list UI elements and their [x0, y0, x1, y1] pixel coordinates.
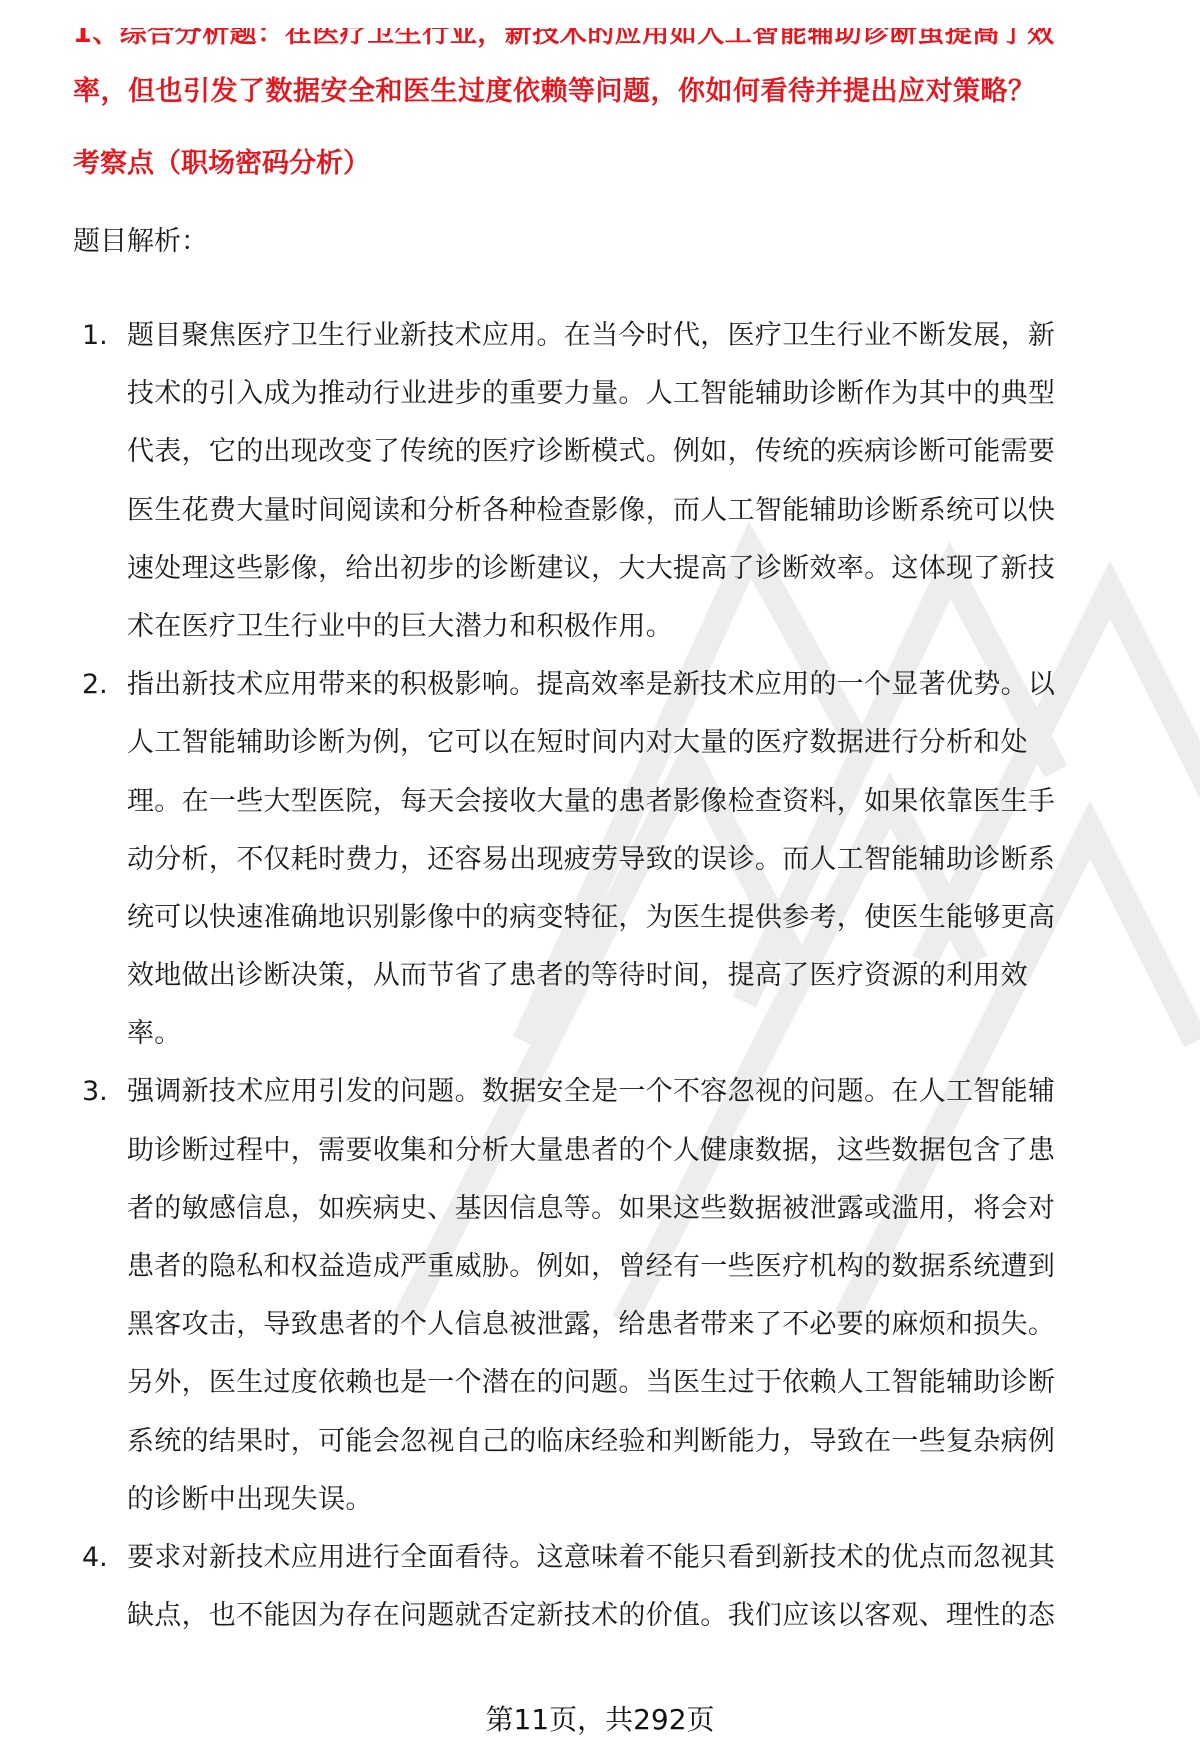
- page-footer: 第11页，共292页: [0, 1700, 1200, 1740]
- text-line: 题目聚焦医疗卫生行业新技术应用。在当今时代，医疗卫生行业不断发展，新: [127, 307, 1142, 365]
- text-line: 速处理这些影像，给出初步的诊断建议，大大提高了诊断效率。这体现了新技: [127, 540, 1142, 598]
- text-line: 黑客攻击，导致患者的个人信息被泄露，给患者带来了不必要的麻烦和损失。: [127, 1296, 1142, 1354]
- text-line: 系统的结果时，可能会忽视自己的临床经验和判断能力，导致在一些复杂病例: [127, 1413, 1142, 1471]
- list-item-number: 1.: [82, 307, 108, 365]
- text-line: 指出新技术应用带来的积极影响。提高效率是新技术应用的一个显著优势。以: [127, 656, 1142, 714]
- text-line: 的诊断中出现失误。: [127, 1471, 1142, 1529]
- text-line: 技术的引入成为推动行业进步的重要力量。人工智能辅助诊断作为其中的典型: [127, 365, 1142, 423]
- question-title-line-2: 率，但也引发了数据安全和医生过度依赖等问题，你如何看待并提出应对策略？: [73, 72, 1133, 112]
- text-line: 人工智能辅助诊断为例，它可以在短时间内对大量的医疗数据进行分析和处: [127, 714, 1142, 772]
- text-line: 统可以快速准确地识别影像中的病变特征，为医生提供参考，使医生能够更高: [127, 889, 1142, 947]
- text-line: 动分析，不仅耗时费力，还容易出现疲劳导致的误诊。而人工智能辅助诊断系: [127, 831, 1142, 889]
- text-line: 助诊断过程中，需要收集和分析大量患者的个人健康数据，这些数据包含了患: [127, 1122, 1142, 1180]
- list-item: 4. 要求对新技术应用进行全面看待。这意味着不能只看到新技术的优点而忽视其 缺点…: [0, 1529, 1200, 1645]
- text-line: 率。: [127, 1005, 1142, 1063]
- list-item-number: 2.: [82, 656, 108, 714]
- text-line: 理。在一些大型医院，每天会接收大量的患者影像检查资料，如果依靠医生手: [127, 773, 1142, 831]
- text-line: 医生花费大量时间阅读和分析各种检查影像，而人工智能辅助诊断系统可以快: [127, 482, 1142, 540]
- text-line: 患者的隐私和权益造成严重威胁。例如，曾经有一些医疗机构的数据系统遭到: [127, 1238, 1142, 1296]
- list-item-number: 4.: [82, 1529, 108, 1587]
- text-line: 要求对新技术应用进行全面看待。这意味着不能只看到新技术的优点而忽视其: [127, 1529, 1142, 1587]
- analysis-label: 题目解析：: [73, 222, 208, 262]
- list-item: 1. 题目聚焦医疗卫生行业新技术应用。在当今时代，医疗卫生行业不断发展，新 技术…: [0, 307, 1200, 656]
- text-line: 缺点，也不能因为存在问题就否定新技术的价值。我们应该以客观、理性的态: [127, 1587, 1142, 1645]
- list-item-number: 3.: [82, 1063, 108, 1121]
- question-title-text-1: 1、综合分析题：在医疗卫生行业，新技术的应用如人工智能辅助诊断虽提高了效: [73, 28, 1133, 54]
- text-line: 强调新技术应用引发的问题。数据安全是一个不容忽视的问题。在人工智能辅: [127, 1063, 1142, 1121]
- text-line: 术在医疗卫生行业中的巨大潜力和积极作用。: [127, 598, 1142, 656]
- analysis-list: 1. 题目聚焦医疗卫生行业新技术应用。在当今时代，医疗卫生行业不断发展，新 技术…: [0, 307, 1200, 1645]
- text-line: 代表，它的出现改变了传统的医疗诊断模式。例如，传统的疾病诊断可能需要: [127, 423, 1142, 481]
- document-page: 1、综合分析题：在医疗卫生行业，新技术的应用如人工智能辅助诊断虽提高了效 率，但…: [0, 0, 1200, 1755]
- question-title-line-1: 1、综合分析题：在医疗卫生行业，新技术的应用如人工智能辅助诊断虽提高了效: [73, 28, 1133, 58]
- text-line: 效地做出诊断决策，从而节省了患者的等待时间，提高了医疗资源的利用效: [127, 947, 1142, 1005]
- text-line: 者的敏感信息，如疾病史、基因信息等。如果这些数据被泄露或滥用，将会对: [127, 1180, 1142, 1238]
- section-heading: 考察点（职场密码分析）: [73, 144, 370, 184]
- text-line: 另外，医生过度依赖也是一个潜在的问题。当医生过于依赖人工智能辅助诊断: [127, 1354, 1142, 1412]
- list-item: 2. 指出新技术应用带来的积极影响。提高效率是新技术应用的一个显著优势。以 人工…: [0, 656, 1200, 1063]
- list-item: 3. 强调新技术应用引发的问题。数据安全是一个不容忽视的问题。在人工智能辅 助诊…: [0, 1063, 1200, 1529]
